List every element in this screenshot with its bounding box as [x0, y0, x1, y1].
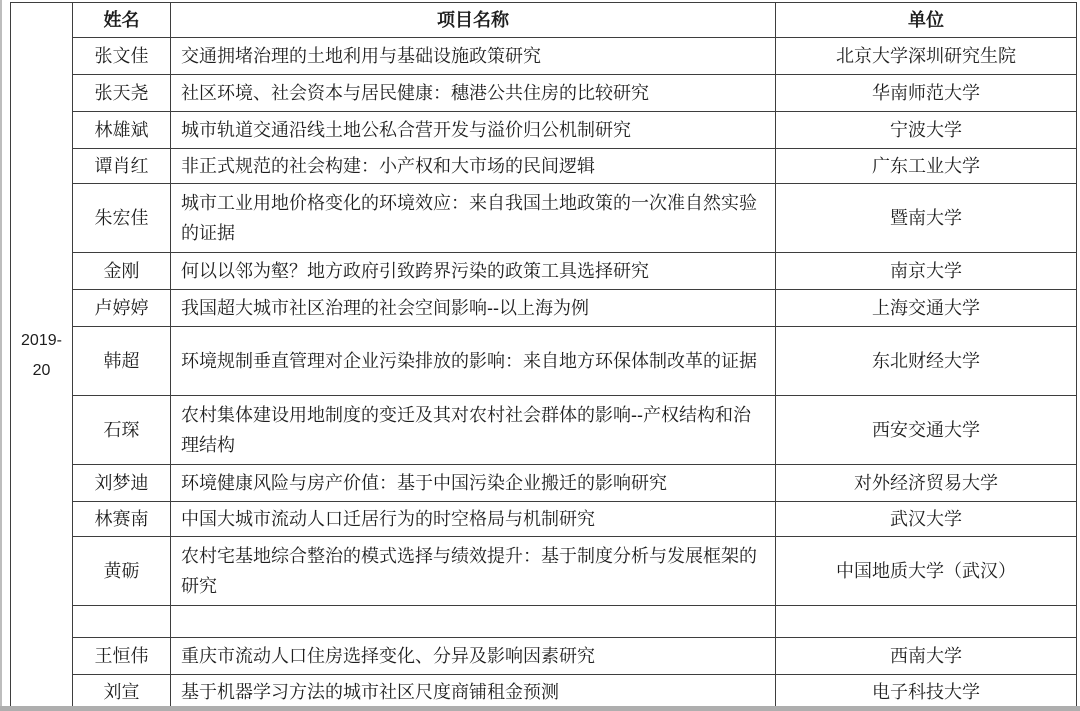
name-cell: 刘梦迪 — [73, 465, 171, 502]
table-row: 王恒伟 重庆市流动人口住房选择变化、分异及影响因素研究 西南大学 — [11, 638, 1077, 675]
project-cell: 中国大城市流动人口迁居行为的时空格局与机制研究 — [171, 502, 776, 537]
project-cell: 农村集体建设用地制度的变迁及其对农村社会群体的影响--产权结构和治理结构 — [171, 396, 776, 465]
table-row: 刘梦迪 环境健康风险与房产价值：基于中国污染企业搬迁的影响研究 对外经济贸易大学 — [11, 465, 1077, 502]
project-cell: 社区环境、社会资本与居民健康：穗港公共住房的比较研究 — [171, 75, 776, 112]
unit-cell: 对外经济贸易大学 — [776, 465, 1077, 502]
unit-cell: 暨南大学 — [776, 184, 1077, 253]
project-cell: 重庆市流动人口住房选择变化、分异及影响因素研究 — [171, 638, 776, 675]
unit-cell: 北京大学深圳研究生院 — [776, 38, 1077, 75]
name-cell — [73, 606, 171, 638]
table-row: 谭肖红 非正式规范的社会构建：小产权和大市场的民间逻辑 广东工业大学 — [11, 149, 1077, 184]
unit-cell: 南京大学 — [776, 253, 1077, 290]
project-cell: 我国超大城市社区治理的社会空间影响--以上海为例 — [171, 290, 776, 327]
project-cell: 何以以邻为壑？地方政府引致跨界污染的政策工具选择研究 — [171, 253, 776, 290]
project-cell — [171, 606, 776, 638]
table-row: 金刚 何以以邻为壑？地方政府引致跨界污染的政策工具选择研究 南京大学 — [11, 253, 1077, 290]
project-cell: 非正式规范的社会构建：小产权和大市场的民间逻辑 — [171, 149, 776, 184]
project-cell: 农村宅基地综合整治的模式选择与绩效提升：基于制度分析与发展框架的研究 — [171, 537, 776, 606]
unit-cell — [776, 606, 1077, 638]
name-cell: 石琛 — [73, 396, 171, 465]
unit-cell: 宁波大学 — [776, 112, 1077, 149]
table-row: 黄砺 农村宅基地综合整治的模式选择与绩效提升：基于制度分析与发展框架的研究 中国… — [11, 537, 1077, 606]
empty-row — [11, 606, 1077, 638]
unit-cell: 电子科技大学 — [776, 675, 1077, 711]
year-cell: 2019-20 — [11, 3, 73, 711]
table-row: 林赛南 中国大城市流动人口迁居行为的时空格局与机制研究 武汉大学 — [11, 502, 1077, 537]
project-cell: 环境健康风险与房产价值：基于中国污染企业搬迁的影响研究 — [171, 465, 776, 502]
name-cell: 卢婷婷 — [73, 290, 171, 327]
name-cell: 林雄斌 — [73, 112, 171, 149]
header-name: 姓名 — [73, 3, 171, 38]
unit-cell: 广东工业大学 — [776, 149, 1077, 184]
table-row: 张天尧 社区环境、社会资本与居民健康：穗港公共住房的比较研究 华南师范大学 — [11, 75, 1077, 112]
name-cell: 张天尧 — [73, 75, 171, 112]
project-cell: 城市轨道交通沿线土地公私合营开发与溢价归公机制研究 — [171, 112, 776, 149]
unit-cell: 西南大学 — [776, 638, 1077, 675]
name-cell: 刘宣 — [73, 675, 171, 711]
name-cell: 黄砺 — [73, 537, 171, 606]
table-row: 朱宏佳 城市工业用地价格变化的环境效应：来自我国土地政策的一次准自然实验的证据 … — [11, 184, 1077, 253]
name-cell: 朱宏佳 — [73, 184, 171, 253]
project-cell: 环境规制垂直管理对企业污染排放的影响：来自地方环保体制改革的证据 — [171, 327, 776, 396]
unit-cell: 武汉大学 — [776, 502, 1077, 537]
name-cell: 王恒伟 — [73, 638, 171, 675]
name-cell: 林赛南 — [73, 502, 171, 537]
unit-cell: 华南师范大学 — [776, 75, 1077, 112]
table-row: 卢婷婷 我国超大城市社区治理的社会空间影响--以上海为例 上海交通大学 — [11, 290, 1077, 327]
header-unit: 单位 — [776, 3, 1077, 38]
unit-cell: 西安交通大学 — [776, 396, 1077, 465]
unit-cell: 东北财经大学 — [776, 327, 1077, 396]
image-left-edge — [0, 0, 2, 711]
header-row: 2019-20 姓名 项目名称 单位 — [11, 3, 1077, 38]
image-bottom-edge — [0, 706, 1080, 711]
table-row: 韩超 环境规制垂直管理对企业污染排放的影响：来自地方环保体制改革的证据 东北财经… — [11, 327, 1077, 396]
table-row: 刘宣 基于机器学习方法的城市社区尺度商铺租金预测 电子科技大学 — [11, 675, 1077, 711]
project-cell: 基于机器学习方法的城市社区尺度商铺租金预测 — [171, 675, 776, 711]
name-cell: 张文佳 — [73, 38, 171, 75]
name-cell: 金刚 — [73, 253, 171, 290]
name-cell: 韩超 — [73, 327, 171, 396]
unit-cell: 上海交通大学 — [776, 290, 1077, 327]
project-cell: 城市工业用地价格变化的环境效应：来自我国土地政策的一次准自然实验的证据 — [171, 184, 776, 253]
unit-cell: 中国地质大学（武汉） — [776, 537, 1077, 606]
name-cell: 谭肖红 — [73, 149, 171, 184]
project-cell: 交通拥堵治理的土地利用与基础设施政策研究 — [171, 38, 776, 75]
page: 2019-20 姓名 项目名称 单位 张文佳 交通拥堵治理的土地利用与基础设施政… — [0, 0, 1080, 711]
header-project: 项目名称 — [171, 3, 776, 38]
table-row: 石琛 农村集体建设用地制度的变迁及其对农村社会群体的影响--产权结构和治理结构 … — [11, 396, 1077, 465]
table-row: 张文佳 交通拥堵治理的土地利用与基础设施政策研究 北京大学深圳研究生院 — [11, 38, 1077, 75]
table-row: 林雄斌 城市轨道交通沿线土地公私合营开发与溢价归公机制研究 宁波大学 — [11, 112, 1077, 149]
grants-table: 2019-20 姓名 项目名称 单位 张文佳 交通拥堵治理的土地利用与基础设施政… — [10, 2, 1077, 711]
